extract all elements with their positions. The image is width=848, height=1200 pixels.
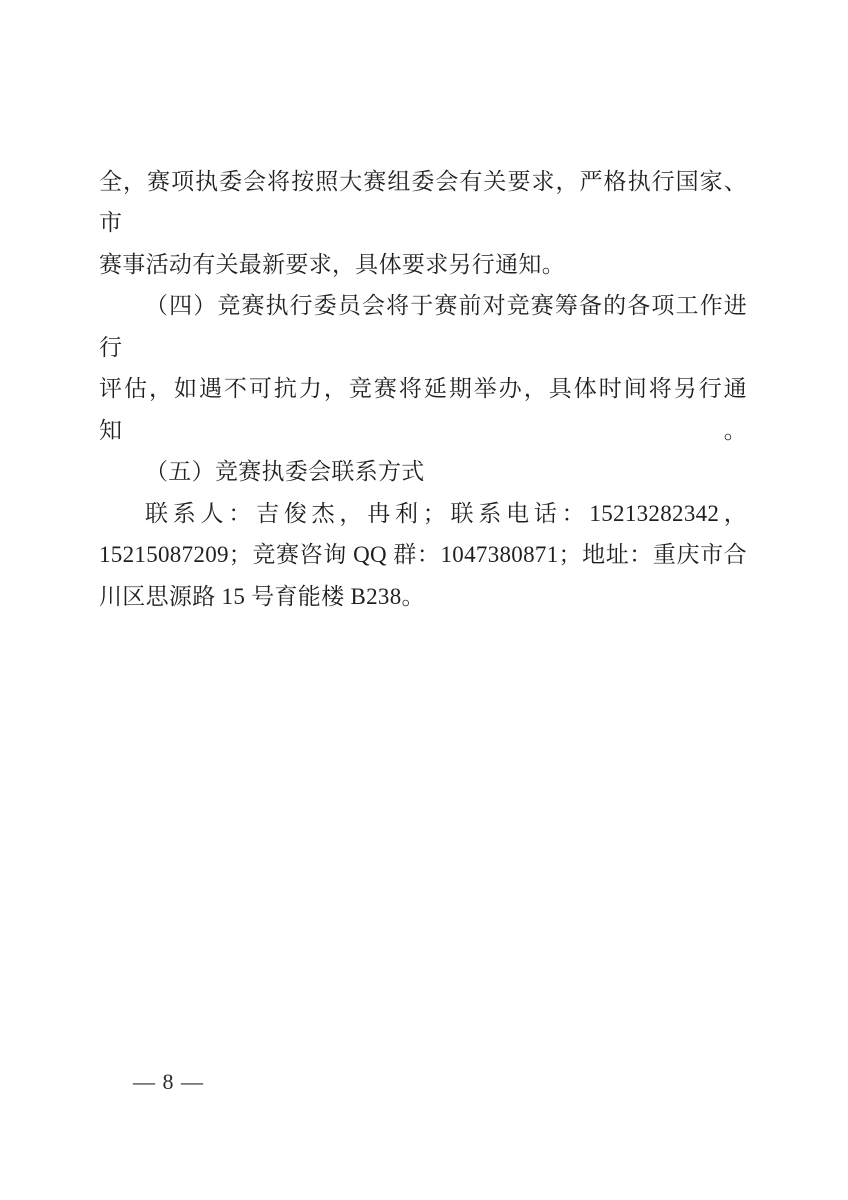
page-number: — 8 —	[133, 1069, 204, 1095]
text-line: 全，赛项执委会将按照大赛组委会有关要求，严格执行国家、市	[99, 161, 747, 244]
text-line: 15215087209；竞赛咨询 QQ 群：1047380871；地址：重庆市合	[99, 534, 747, 575]
text-line: 联系人：吉俊杰，冉利；联系电话：15213282342，	[99, 493, 747, 534]
document-body: 全，赛项执委会将按照大赛组委会有关要求，严格执行国家、市 赛事活动有关最新要求，…	[99, 161, 747, 617]
text-line: （四）竞赛执行委员会将于赛前对竞赛筹备的各项工作进行	[99, 285, 747, 368]
document-page: 全，赛项执委会将按照大赛组委会有关要求，严格执行国家、市 赛事活动有关最新要求，…	[0, 0, 848, 1200]
text-line: 评估，如遇不可抗力，竞赛将延期举办，具体时间将另行通知。	[99, 368, 747, 451]
text-line: 赛事活动有关最新要求，具体要求另行通知。	[99, 244, 747, 285]
text-line: （五）竞赛执委会联系方式	[99, 451, 747, 492]
text-line: 川区思源路 15 号育能楼 B238。	[99, 576, 747, 617]
